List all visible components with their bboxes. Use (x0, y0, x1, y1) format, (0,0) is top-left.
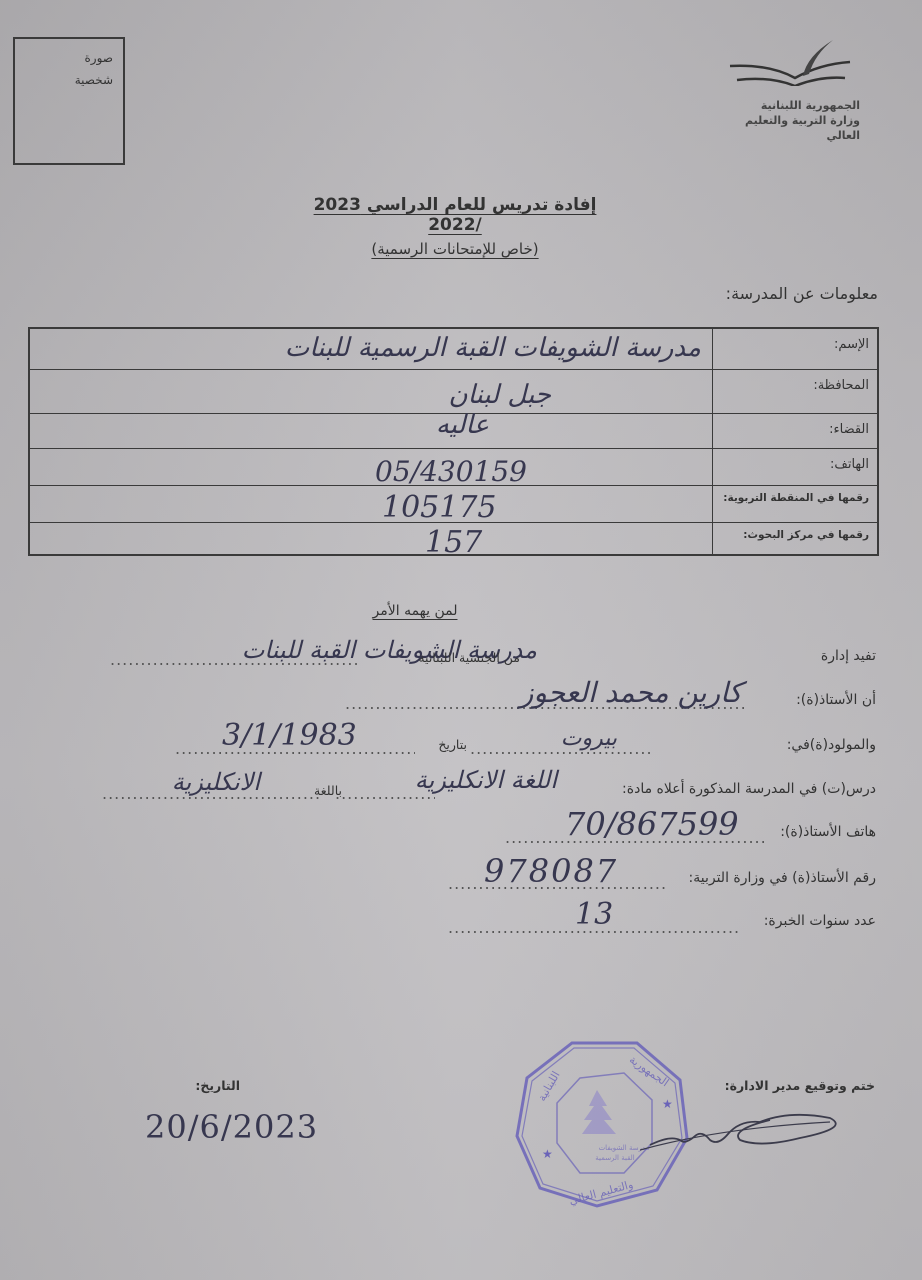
experience-years-prefix: عدد سنوات الخبرة: (764, 913, 876, 929)
document-subtitle: (خاص للإمتحانات الرسمية) (340, 240, 570, 258)
label-name: الإسم: (712, 329, 877, 369)
value-phone: 05/430159 (30, 449, 711, 485)
subject-value: اللغة الانكليزية (415, 766, 557, 794)
table-row-phone: الهاتف: 05/430159 (30, 449, 877, 486)
school-info-label: معلومات عن المدرسة: (620, 284, 878, 303)
school-phone-value: 05/430159 (375, 455, 527, 488)
administration-prefix: تفيد إدارة (821, 648, 876, 664)
label-research-center-number: رقمها في مركز البحوث: (712, 523, 877, 556)
ministry-name-line: وزارة التربية والتعليم العالي (720, 113, 860, 143)
teaching-language-value: الانكليزية (172, 768, 260, 796)
value-edu-zone-number: 105175 (30, 486, 711, 522)
photo-label-line2: شخصية (75, 69, 113, 91)
research-center-number-value: 157 (425, 525, 482, 560)
governorate-value: جبل لبنان (448, 380, 551, 410)
experience-years-value: 13 (575, 897, 613, 932)
director-signature (640, 1100, 840, 1160)
teacher-name-prefix: أن الأستاذ(ة): (796, 692, 876, 708)
svg-text:القبة الرسمية: القبة الرسمية (595, 1154, 634, 1162)
label-phone: الهاتف: (712, 449, 877, 485)
svg-text:★: ★ (542, 1147, 553, 1161)
value-governorate: جبل لبنان (30, 370, 711, 413)
value-district: عاليه (30, 414, 711, 448)
date-label: التاريخ: (180, 1078, 240, 1093)
label-governorate: المحافظة: (712, 370, 877, 413)
school-name-value: مدرسة الشويفات القبة الرسمية للبنات (285, 333, 701, 363)
teacher-phone-value: 70/867599 (565, 805, 739, 843)
subject-prefix: درس(ت) في المدرسة المذكورة أعلاه مادة: (622, 781, 876, 797)
date-of-birth-value: 3/1/1983 (222, 718, 357, 753)
svg-text:اللبنانية: اللبنانية (535, 1069, 562, 1103)
label-district: القضاء: (712, 414, 877, 448)
teacher-name-value: كارين محمد العجوز (520, 676, 742, 709)
photo-placeholder-box: صورة شخصية (13, 37, 125, 165)
school-info-table: الإسم: مدرسة الشويفات القبة الرسمية للبن… (28, 327, 879, 556)
svg-text:والتعليم العالي: والتعليم العالي (568, 1178, 635, 1208)
line-administration: تفيد إدارة (821, 648, 876, 664)
photo-label-line1: صورة (75, 47, 113, 69)
issue-date-value: 20/6/2023 (145, 1108, 318, 1146)
republic-name: الجمهورية اللبنانية (720, 98, 860, 113)
district-value: عاليه (436, 410, 489, 440)
ministry-number-prefix: رقم الأستاذ(ة) في وزارة التربية: (689, 870, 876, 886)
value-research-center-number: 157 (30, 523, 711, 556)
edu-zone-number-value: 105175 (382, 490, 497, 525)
photo-label: صورة شخصية (75, 47, 113, 91)
table-row-governorate: المحافظة: جبل لبنان (30, 370, 877, 414)
dotted-line: .......................... (335, 784, 435, 803)
label-edu-zone-number: رقمها في المنقطة التربوية: (712, 486, 877, 522)
date-of-birth-label: بتاريخ (438, 737, 467, 752)
teacher-phone-prefix: هاتف الأستاذ(ة): (780, 824, 876, 840)
ministry-name: الجمهورية اللبنانية وزارة التربية والتعل… (720, 98, 860, 143)
table-row-name: الإسم: مدرسة الشويفات القبة الرسمية للبن… (30, 329, 877, 370)
signature-label: ختم وتوقيع مدير الادارة: (710, 1078, 875, 1093)
to-whom-it-may-concern-heading: لمن يهمه الأمر (360, 603, 470, 619)
value-name: مدرسة الشويفات القبة الرسمية للبنات (30, 329, 711, 369)
ministry-number-value: 978087 (484, 852, 618, 890)
dotted-line: ........................................… (110, 650, 360, 669)
open-book-pen-icon (725, 36, 855, 86)
svg-text:الجمهورية: الجمهورية (627, 1053, 671, 1089)
table-row-research-center-number: رقمها في مركز البحوث: 157 (30, 523, 877, 556)
birthplace-prefix: والمولود(ة)في: (787, 737, 876, 753)
birthplace-value: بيروت (561, 726, 617, 751)
table-row-edu-zone-number: رقمها في المنقطة التربوية: 105175 (30, 486, 877, 523)
document-title: إفادة تدريس للعام الدراسي 2023 /2022 (290, 195, 620, 235)
nationality-text: من الجنسية اللبنانية (418, 650, 520, 665)
table-row-district: القضاء: عاليه (30, 414, 877, 449)
